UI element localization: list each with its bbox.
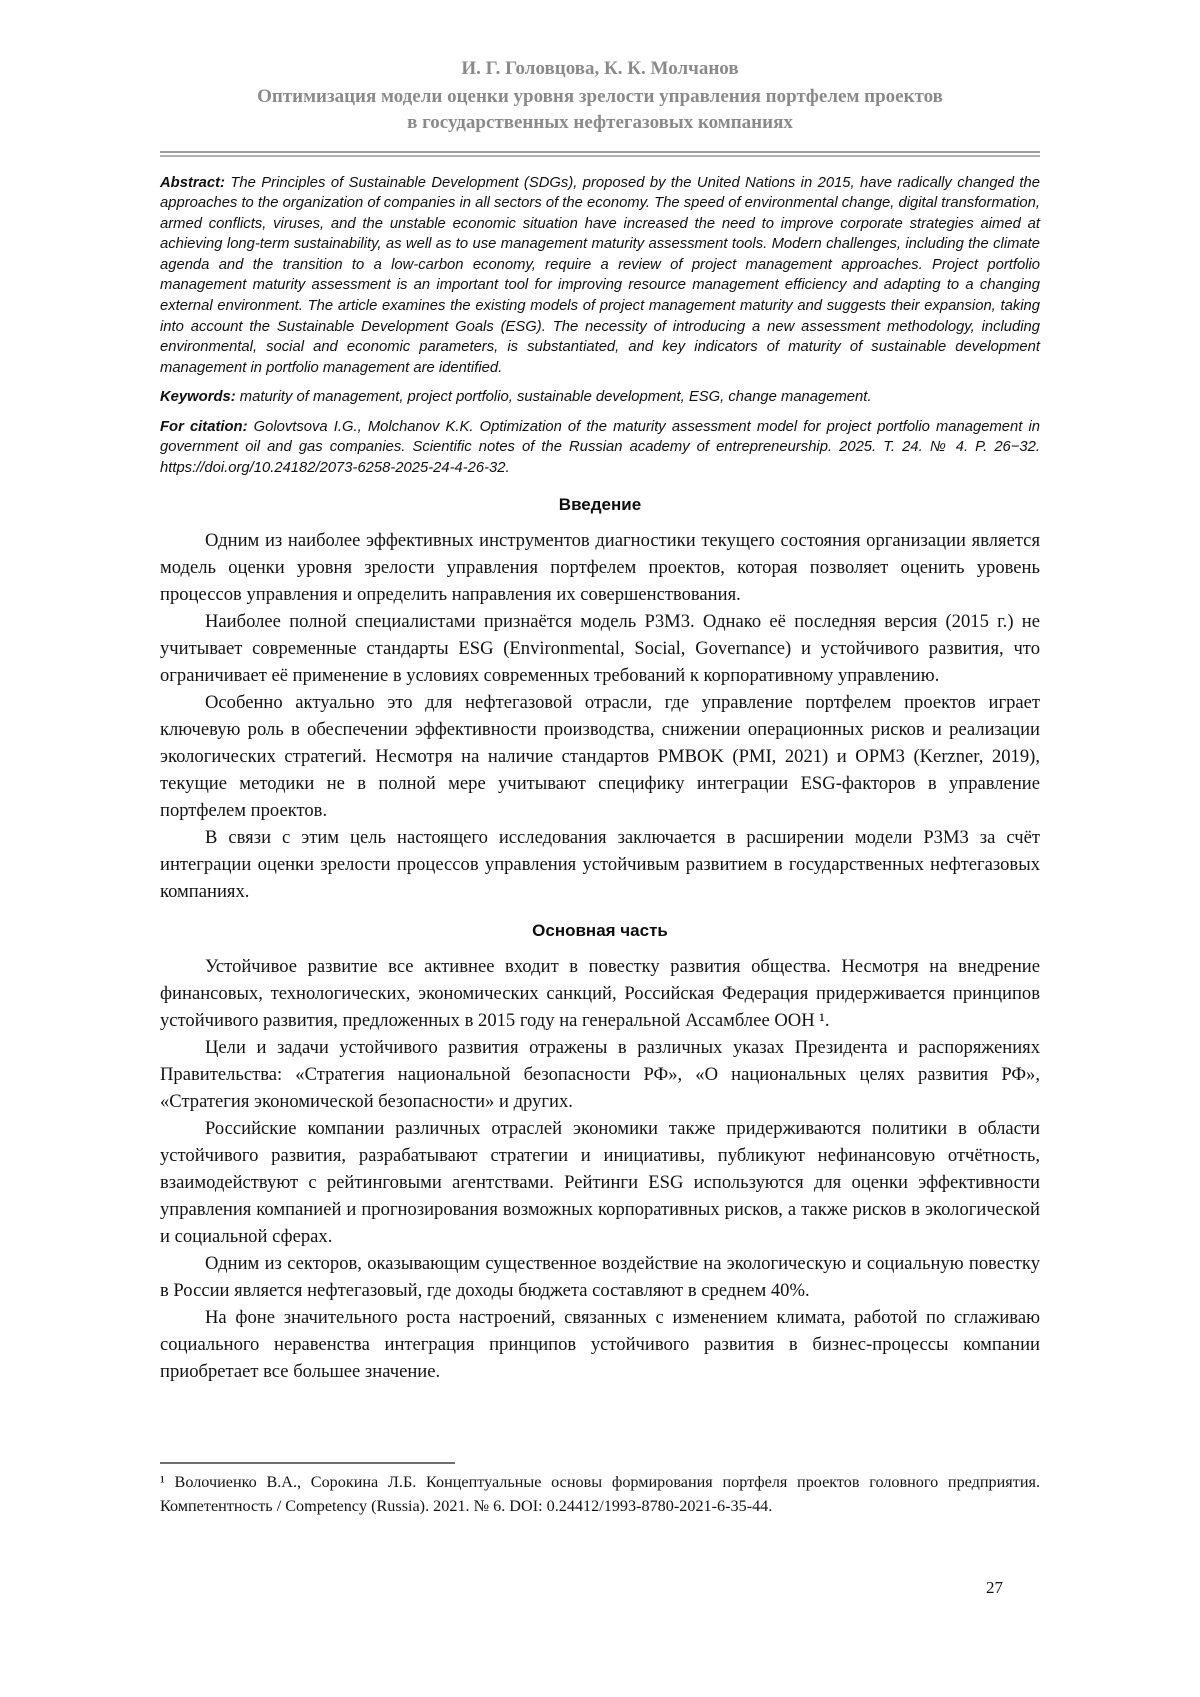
paragraph: Цели и задачи устойчивого развития отраж… [160,1034,1040,1115]
article-meta: Abstract: The Principles of Sustainable … [160,173,1040,479]
citation-text: Golovtsova I.G., Molchanov K.K. Optimiza… [160,419,1040,476]
citation-label: For citation: [160,419,248,435]
paragraph: В связи с этим цель настоящего исследова… [160,824,1040,905]
article-title-line-1: Оптимизация модели оценки уровня зрелост… [160,84,1040,110]
keywords-text: maturity of management, project portfoli… [240,389,872,405]
abstract-label: Abstract: [160,175,225,191]
paragraph: На фоне значительного роста настроений, … [160,1304,1040,1385]
article-body: Введение Одним из наиболее эффективных и… [160,495,1040,1385]
page-number: 27 [986,1578,1003,1598]
section-heading-introduction: Введение [160,495,1040,515]
article-title-line-2: в государственных нефтегазовых компаниях [160,110,1040,136]
keywords-label: Keywords: [160,389,236,405]
paragraph: Устойчивое развитие все активнее входит … [160,953,1040,1034]
article-authors: И. Г. Головцова, К. К. Молчанов [160,56,1040,82]
header-divider [160,151,1040,157]
section-heading-main-part: Основная часть [160,921,1040,941]
keywords-paragraph: Keywords: maturity of management, projec… [160,387,1040,408]
paragraph: Российские компании различных отраслей э… [160,1115,1040,1250]
abstract-paragraph: Abstract: The Principles of Sustainable … [160,173,1040,379]
paragraph: Особенно актуально это для нефтегазовой … [160,689,1040,824]
paragraph: Одним из наиболее эффективных инструмент… [160,527,1040,608]
citation-paragraph: For citation: Golovtsova I.G., Molchanov… [160,417,1040,479]
footnote: ¹ Волочиенко В.А., Сорокина Л.Б. Концепт… [160,1462,1040,1519]
footnote-text: ¹ Волочиенко В.А., Сорокина Л.Б. Концепт… [160,1470,1040,1519]
paragraph: Наиболее полной специалистами признаётся… [160,608,1040,689]
abstract-text: The Principles of Sustainable Developmen… [160,175,1040,376]
article-header: И. Г. Головцова, К. К. Молчанов Оптимиза… [160,56,1040,137]
footnote-divider [160,1462,455,1464]
paragraph: Одним из секторов, оказывающим существен… [160,1250,1040,1304]
article-page: И. Г. Головцова, К. К. Молчанов Оптимиза… [0,0,1200,1385]
